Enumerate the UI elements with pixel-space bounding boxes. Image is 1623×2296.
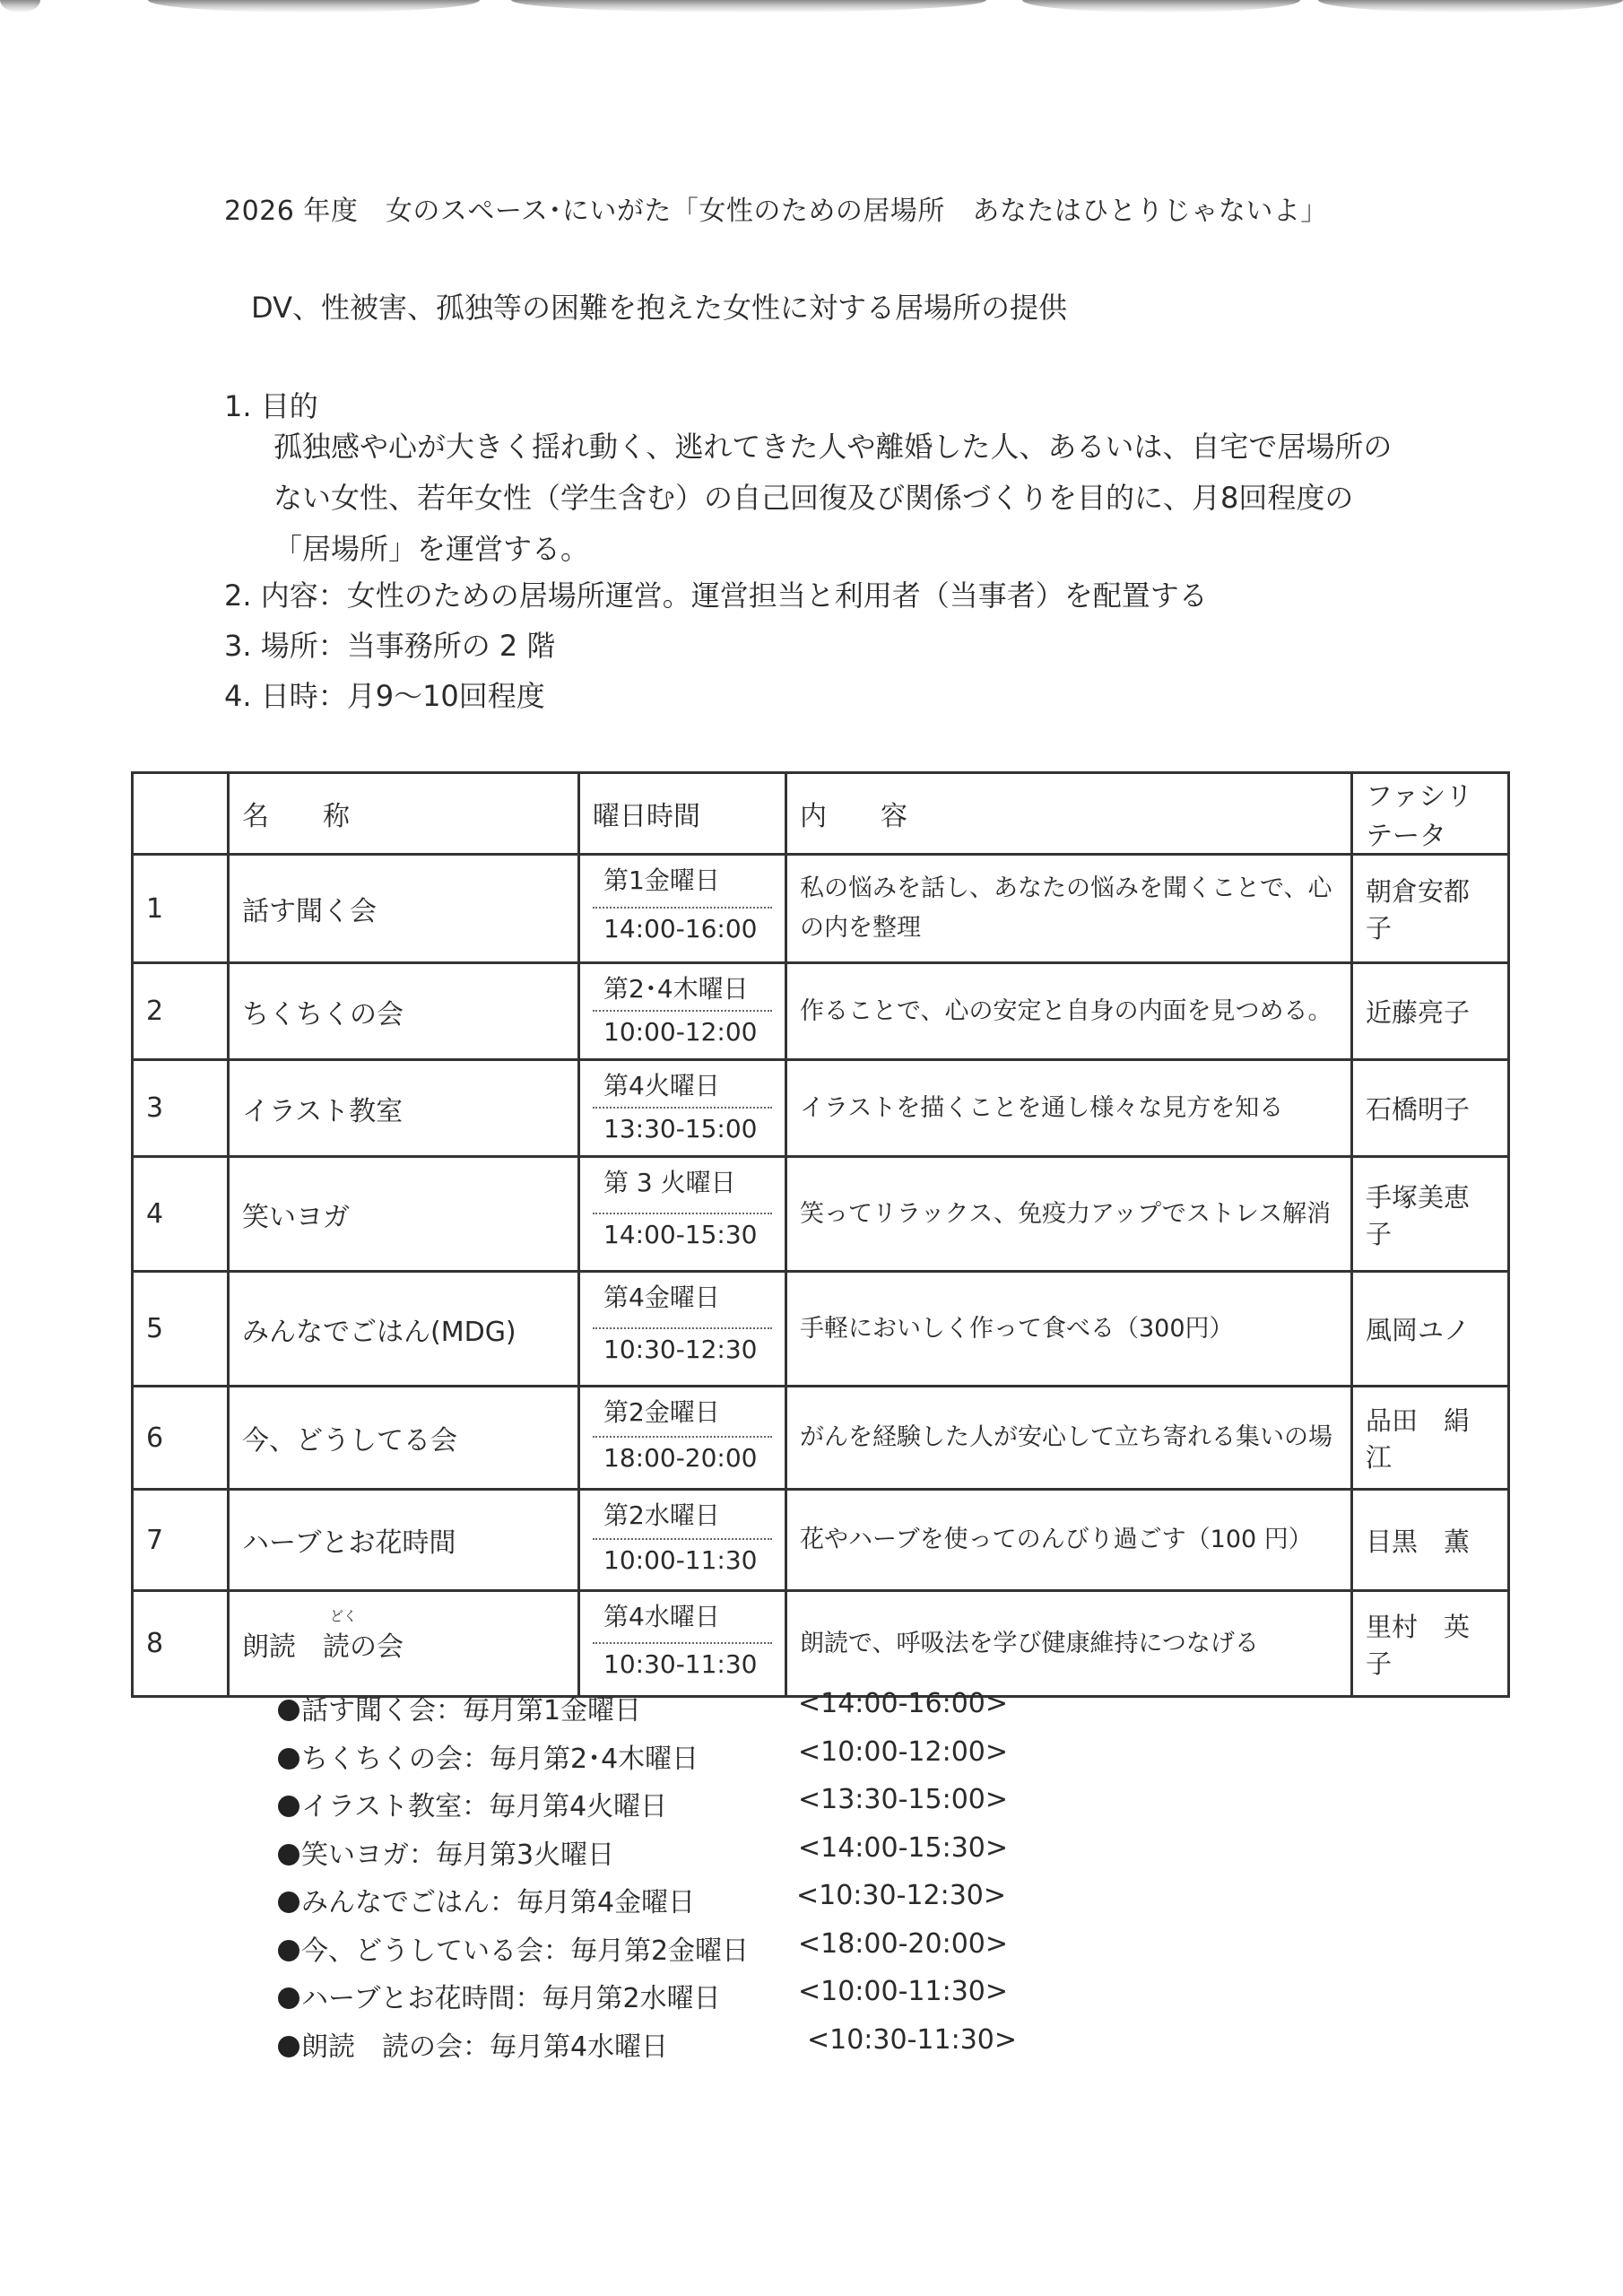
list-item-label: 笑いヨガ：毎月第3火曜日 <box>301 1839 614 1871</box>
datetime-section: 4. 日時：月9～10回程度 <box>224 671 545 721</box>
bullet-icon <box>278 1987 299 2009</box>
list-item-time: <14:00-16:00> <box>798 1688 1008 1719</box>
row-name: 朗読 読の会どく <box>229 1591 579 1697</box>
row-content: 花やハーブを使ってのんびり過ごす（100 円） <box>786 1490 1352 1591</box>
row-time: 10:00-11:30 <box>593 1540 772 1589</box>
table-header-row: 名 称 曜日時間 内 容 ファシリテータ <box>133 773 1509 855</box>
scan-shadow <box>1022 0 1300 13</box>
row-num: 2 <box>133 963 229 1060</box>
table-row: 2 ちくちくの会 第2･4木曜日10:00-12:00 作ることで、心の安定と自… <box>133 963 1509 1060</box>
bullet-icon <box>278 1892 299 1913</box>
header-schedule: 曜日時間 <box>579 773 786 855</box>
row-content: 手軽においしく作って食べる（300円） <box>786 1272 1352 1387</box>
list-item-time: <14:00-15:30> <box>798 1832 1008 1864</box>
table-row: 6 今、どうしてる会 第2金曜日18:00-20:00 がんを経験した人が安心し… <box>133 1387 1509 1490</box>
row-num: 5 <box>133 1272 229 1387</box>
bullet-icon <box>278 1844 299 1865</box>
row-name: 今、どうしてる会 <box>229 1387 579 1490</box>
table-row: 8 朗読 読の会どく 第4水曜日10:30-11:30 朗読で、呼吸法を学び健康… <box>133 1591 1509 1697</box>
row-name-text: 朗読 読の会 <box>242 1631 404 1663</box>
row-schedule: 第4火曜日13:30-15:00 <box>579 1060 786 1157</box>
scan-shadow <box>511 0 986 13</box>
row-num: 8 <box>133 1591 229 1697</box>
row-time: 10:30-12:30 <box>593 1329 772 1386</box>
purpose-body: 孤独感や心が大きく揺れ動く、逃れてきた人や離婚した人、あるいは、自宅で居場所のな… <box>273 422 1403 575</box>
row-num: 4 <box>133 1157 229 1272</box>
list-item: 今、どうしている会：毎月第2金曜日<18:00-20:00> <box>278 1928 749 1977</box>
row-schedule: 第 3 火曜日14:00-15:30 <box>579 1157 786 1272</box>
row-name: みんなでごはん(MDG) <box>229 1272 579 1387</box>
header-facilitator: ファシリテータ <box>1352 773 1509 855</box>
row-content: イラストを描くことを通し様々な見方を知る <box>786 1060 1352 1157</box>
row-name: ちくちくの会 <box>229 963 579 1060</box>
ruby-annotated-name: 朗読 読の会どく <box>242 1624 404 1664</box>
schedule-table: 名 称 曜日時間 内 容 ファシリテータ 1 話す聞く会 第1金曜日14:00-… <box>131 771 1510 1698</box>
row-day: 第4水曜日 <box>593 1592 772 1644</box>
row-name: イラスト教室 <box>229 1060 579 1157</box>
header-name: 名 称 <box>229 773 579 855</box>
table-row: 1 話す聞く会 第1金曜日14:00-16:00 私の悩みを話し、あなたの悩みを… <box>133 855 1509 963</box>
row-facilitator: 風岡ユノ <box>1352 1272 1509 1387</box>
row-content: 作ることで、心の安定と自身の内面を見つめる。 <box>786 963 1352 1060</box>
list-item-label: イラスト教室：毎月第4火曜日 <box>301 1791 667 1822</box>
row-content: がんを経験した人が安心して立ち寄れる集いの場 <box>786 1387 1352 1490</box>
row-day: 第2水曜日 <box>593 1491 772 1540</box>
row-time: 18:00-20:00 <box>593 1438 772 1488</box>
row-facilitator: 里村 英子 <box>1352 1591 1509 1697</box>
row-schedule: 第4金曜日10:30-12:30 <box>579 1272 786 1387</box>
list-item: 朗読 読の会：毎月第4水曜日<10:30-11:30> <box>278 2024 749 2073</box>
bullet-icon <box>278 1748 299 1770</box>
row-num: 7 <box>133 1490 229 1591</box>
document-title: 2026 年度 女のスペース･にいがた「女性のための居場所 あなたはひとりじゃな… <box>224 188 1328 228</box>
list-item-label: みんなでごはん：毎月第4金曜日 <box>301 1887 695 1918</box>
list-item-label: 朗読 読の会：毎月第4水曜日 <box>301 2031 668 2063</box>
list-item-time: <13:30-15:00> <box>798 1784 1008 1815</box>
row-day: 第4金曜日 <box>593 1273 772 1329</box>
row-num: 6 <box>133 1387 229 1490</box>
list-item-label: 話す聞く会：毎月第1金曜日 <box>301 1695 641 1726</box>
row-time: 14:00-16:00 <box>593 909 772 961</box>
list-item: みんなでごはん：毎月第4金曜日<10:30-12:30> <box>278 1880 749 1928</box>
row-num: 1 <box>133 855 229 963</box>
row-num: 3 <box>133 1060 229 1157</box>
row-facilitator: 品田 絹江 <box>1352 1387 1509 1490</box>
document-subtitle: DV、性被害、孤独等の困難を抱えた女性に対する居場所の提供 <box>251 285 1067 326</box>
list-item-time: <18:00-20:00> <box>798 1928 1008 1960</box>
row-schedule: 第1金曜日14:00-16:00 <box>579 855 786 963</box>
row-name: 笑いヨガ <box>229 1157 579 1272</box>
row-schedule: 第2水曜日10:00-11:30 <box>579 1490 786 1591</box>
list-item-label: ちくちくの会：毎月第2･4木曜日 <box>301 1744 699 1775</box>
ruby-reading: どく <box>330 1606 357 1625</box>
table-row: 5 みんなでごはん(MDG) 第4金曜日10:30-12:30 手軽においしく作… <box>133 1272 1509 1387</box>
table-row: 4 笑いヨガ 第 3 火曜日14:00-15:30 笑ってリラックス、免疫力アッ… <box>133 1157 1509 1272</box>
content-section: 2. 内容：女性のための居場所運営。運営担当と利用者（当事者）を配置する <box>224 570 1208 621</box>
table-row: 7 ハーブとお花時間 第2水曜日10:00-11:30 花やハーブを使ってのんび… <box>133 1490 1509 1591</box>
list-item-label: 今、どうしている会：毎月第2金曜日 <box>301 1935 749 1967</box>
scan-shadow <box>1318 0 1623 13</box>
scan-shadow <box>0 0 40 13</box>
scan-shadow <box>148 0 480 13</box>
bullet-icon <box>278 1700 299 1721</box>
list-item: ハーブとお花時間：毎月第2水曜日<10:00-11:30> <box>278 1976 749 2024</box>
list-item: ちくちくの会：毎月第2･4木曜日<10:00-12:00> <box>278 1736 749 1785</box>
bullet-icon <box>278 2036 299 2057</box>
row-facilitator: 朝倉安都子 <box>1352 855 1509 963</box>
list-item-label: ハーブとお花時間：毎月第2水曜日 <box>301 1983 721 2014</box>
list-item: 笑いヨガ：毎月第3火曜日<14:00-15:30> <box>278 1832 749 1881</box>
row-facilitator: 石橋明子 <box>1352 1060 1509 1157</box>
row-content: 私の悩みを話し、あなたの悩みを聞くことで、心の内を整理 <box>786 855 1352 963</box>
list-item-time: <10:30-11:30> <box>807 2024 1017 2056</box>
row-name: 話す聞く会 <box>229 855 579 963</box>
row-time: 10:00-12:00 <box>593 1012 772 1059</box>
row-time: 14:00-15:30 <box>593 1214 772 1271</box>
row-facilitator: 近藤亮子 <box>1352 963 1509 1060</box>
list-item: イラスト教室：毎月第4火曜日<13:30-15:00> <box>278 1784 749 1832</box>
place-section: 3. 場所：当事務所の 2 階 <box>224 621 555 671</box>
list-item-time: <10:00-12:00> <box>798 1736 1008 1768</box>
header-num <box>133 773 229 855</box>
row-day: 第1金曜日 <box>593 856 772 909</box>
monthly-schedule-list: 話す聞く会：毎月第1金曜日<14:00-16:00> ちくちくの会：毎月第2･4… <box>278 1688 749 2072</box>
list-item-time: <10:30-12:30> <box>796 1880 1006 1911</box>
row-facilitator: 手塚美恵子 <box>1352 1157 1509 1272</box>
table-row: 3 イラスト教室 第4火曜日13:30-15:00 イラストを描くことを通し様々… <box>133 1060 1509 1157</box>
bullet-icon <box>278 1796 299 1817</box>
header-content: 内 容 <box>786 773 1352 855</box>
row-schedule: 第2･4木曜日10:00-12:00 <box>579 963 786 1060</box>
bullet-icon <box>278 1940 299 1961</box>
list-item: 話す聞く会：毎月第1金曜日<14:00-16:00> <box>278 1688 749 1736</box>
row-day: 第4火曜日 <box>593 1061 772 1109</box>
row-day: 第2･4木曜日 <box>593 964 772 1012</box>
row-schedule: 第4水曜日10:30-11:30 <box>579 1591 786 1697</box>
row-name: ハーブとお花時間 <box>229 1490 579 1591</box>
row-day: 第2金曜日 <box>593 1387 772 1438</box>
row-schedule: 第2金曜日18:00-20:00 <box>579 1387 786 1490</box>
row-facilitator: 目黒 薫 <box>1352 1490 1509 1591</box>
list-item-time: <10:00-11:30> <box>798 1976 1008 2007</box>
row-content: 朗読で、呼吸法を学び健康維持につなげる <box>786 1591 1352 1697</box>
row-day: 第 3 火曜日 <box>593 1158 772 1214</box>
row-content: 笑ってリラックス、免疫力アップでストレス解消 <box>786 1157 1352 1272</box>
row-time: 13:30-15:00 <box>593 1109 772 1156</box>
